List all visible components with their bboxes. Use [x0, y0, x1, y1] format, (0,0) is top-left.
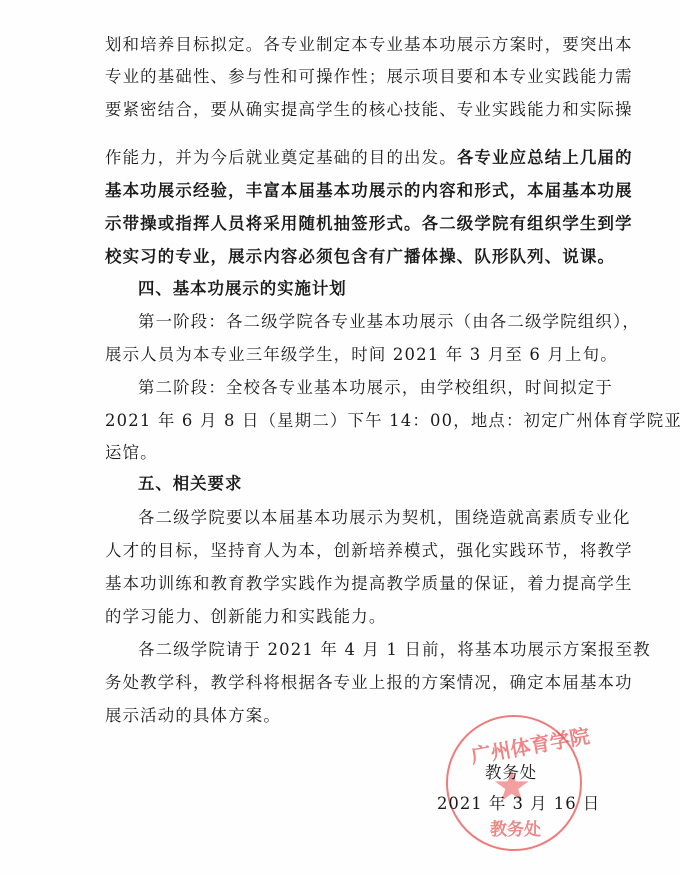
- body-line: 要紧密结合，要从确实提高学生的核心技能、专业实践能力和实际操: [105, 100, 579, 120]
- body-line-mixed: 作能力，并为今后就业奠定基础的目的出发。各专业应总结上几届的: [105, 148, 579, 168]
- body-line-bold: 示带操或指挥人员将采用随机抽签形式。各二级学院有组织学生到学: [105, 214, 579, 234]
- body-line: 划和培养目标拟定。各专业制定本专业基本功展示方案时，要突出本: [105, 35, 579, 55]
- section-heading-4: 四、基本功展示的实施计划: [138, 279, 347, 299]
- stage1-line: 展示人员为本专业三年级学生，时间 2021 年 3 月至 6 月上旬。: [105, 345, 579, 365]
- requirements-line: 人才的目标，坚持育人为本，创新培养模式，强化实践环节，将教学: [105, 541, 579, 561]
- stage2-line: 第二阶段：全校各专业基本功展示，由学校组织，时间拟定于: [138, 378, 579, 398]
- stage1-line: 第一阶段：各二级学院各专业基本功展示（由各二级学院组织），: [138, 312, 579, 332]
- body-text-bold: 各专业应总结上几届的: [457, 148, 633, 167]
- requirements-line: 基本功训练和教育教学实践作为提高教学质量的保证，着力提高学生: [105, 574, 579, 594]
- body-text: 作能力，并为今后就业奠定基础的目的出发。: [105, 148, 457, 167]
- section-heading-5: 五、相关要求: [138, 474, 242, 494]
- requirements-line: 的学习能力、创新能力和实践能力。: [105, 607, 579, 627]
- requirements-line: 各二级学院要以本届基本功展示为契机，围绕造就高素质专业化: [138, 508, 579, 528]
- seal-bottom-text: 教务处: [490, 815, 541, 840]
- body-line: 专业的基础性、参与性和可操作性；展示项目要和本专业实践能力需: [105, 67, 579, 87]
- issuer-name: 教务处: [485, 763, 537, 783]
- document-page: 划和培养目标拟定。各专业制定本专业基本功展示方案时，要突出本 专业的基础性、参与…: [0, 0, 680, 875]
- issue-date: 2021 年 3 月 16 日: [437, 794, 600, 814]
- body-line-bold: 校实习的专业，展示内容必须包含有广播体操、队形队列、说课。: [105, 247, 579, 267]
- stage2-line: 2021 年 6 月 8 日（星期二）下午 14：00，地点：初定广州体育学院亚: [105, 411, 579, 431]
- deadline-line: 各二级学院请于 2021 年 4 月 1 日前，将基本功展示方案报至教: [138, 640, 579, 660]
- stage2-line: 运馆。: [105, 443, 579, 463]
- deadline-line: 务处教学科，教学科将根据各专业上报的方案情况，确定本届基本功: [105, 673, 579, 693]
- body-line-bold: 基本功展示经验，丰富本届基本功展示的内容和形式，本届基本功展: [105, 181, 579, 201]
